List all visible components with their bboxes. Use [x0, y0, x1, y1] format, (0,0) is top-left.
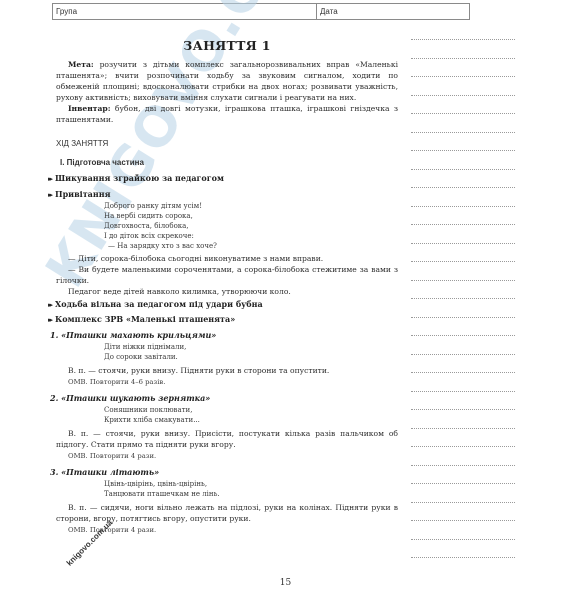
- greeting-poem: Доброго ранку дітям усім! На вербі сидит…: [56, 201, 398, 251]
- exercise-poem: Соняшники поклювати, Крихти хліба смакув…: [56, 405, 398, 425]
- bullet-walking: ▸▸Ходьба вільна за педагогом під удари б…: [48, 299, 398, 309]
- exercise-1: 1. «Пташки махають крильцями» Діти ніжки…: [56, 330, 398, 386]
- poem-line: Цвінь-цвірінь, цвінь-цвірінь,: [104, 479, 398, 489]
- poem-line: Соняшники поклювати,: [104, 405, 398, 415]
- note-line: [411, 298, 515, 299]
- double-arrow-icon: ▸▸: [48, 190, 51, 199]
- note-line: [411, 409, 515, 410]
- poem-line: Діти ніжки піднімали,: [104, 342, 398, 352]
- note-line: [411, 428, 515, 429]
- note-line: [411, 520, 515, 521]
- note-line: [411, 169, 515, 170]
- goal-text: розучити з дітьми комплекс загальнорозви…: [56, 60, 398, 102]
- bullet-greeting: ▸▸Привітання: [48, 189, 398, 199]
- note-line: [411, 206, 515, 207]
- exercise-description: В. п. — стоячи, руки внизу. Підняти руки…: [56, 365, 398, 376]
- exercise-title: 3. «Пташки літають»: [50, 467, 398, 477]
- notes-column: [411, 0, 515, 600]
- note-line: [411, 150, 515, 151]
- note-line: [411, 465, 515, 466]
- page-title: ЗАНЯТТЯ 1: [56, 38, 398, 53]
- note-line: [411, 446, 515, 447]
- header-table: Група Дата: [52, 3, 470, 20]
- exercise-2: 2. «Пташки шукають зернятка» Соняшники п…: [56, 393, 398, 460]
- page-number: 15: [0, 578, 571, 588]
- note-line: [411, 76, 515, 77]
- note-line: [411, 39, 515, 40]
- note-line: [411, 280, 515, 281]
- note-line: [411, 335, 515, 336]
- note-line: [411, 58, 515, 59]
- dialogue-line: Педагог веде дітей навколо килимка, утво…: [56, 286, 398, 297]
- note-line: [411, 483, 515, 484]
- poem-line: — На зарядку хто з вас хоче?: [104, 241, 398, 251]
- bullet-formation: ▸▸Шикування зграйкою за педагогом: [48, 173, 398, 183]
- poem-line: Доброго ранку дітям усім!: [104, 201, 398, 211]
- exercise-poem: Діти ніжки піднімали, До сороки завітали…: [56, 342, 398, 362]
- exercise-poem: Цвінь-цвірінь, цвінь-цвірінь, Танцювати …: [56, 479, 398, 499]
- exercise-omv: ОМВ. Повторити 4–6 разів.: [56, 378, 398, 386]
- note-line: [411, 391, 515, 392]
- note-line: [411, 354, 515, 355]
- dialogue-line: — Ви будете маленькими сороченятами, а с…: [56, 264, 398, 286]
- inventory-paragraph: Інвентар: бубон, дві довгі мотузки, ігра…: [56, 103, 398, 125]
- exercise-omv: ОМВ. Повторити 4 рази.: [56, 452, 398, 460]
- exercise-title: 1. «Пташки махають крильцями»: [50, 330, 398, 340]
- double-arrow-icon: ▸▸: [48, 300, 51, 309]
- note-line: [411, 557, 515, 558]
- poem-line: Довгохвоста, білобока,: [104, 221, 398, 231]
- part-heading: І. Підготовча частина: [56, 158, 398, 167]
- poem-line: На вербі сидить сорока,: [104, 211, 398, 221]
- note-line: [411, 261, 515, 262]
- poem-line: До сороки завітали.: [104, 352, 398, 362]
- course-heading: ХІД ЗАНЯТТЯ: [56, 139, 398, 148]
- dialogue-line: — Діти, сорока-білобока сьогодні виконув…: [56, 253, 398, 264]
- note-line: [411, 317, 515, 318]
- note-line: [411, 224, 515, 225]
- double-arrow-icon: ▸▸: [48, 174, 51, 183]
- inventory-label: Інвентар:: [68, 104, 111, 113]
- note-line: [411, 113, 515, 114]
- note-line: [411, 243, 515, 244]
- date-label: Дата: [320, 7, 338, 16]
- poem-line: Крихти хліба смакувати...: [104, 415, 398, 425]
- double-arrow-icon: ▸▸: [48, 315, 51, 324]
- note-line: [411, 502, 515, 503]
- goal-paragraph: Мета: розучити з дітьми комплекс загальн…: [56, 59, 398, 103]
- note-line: [411, 539, 515, 540]
- exercise-title: 2. «Пташки шукають зернятка»: [50, 393, 398, 403]
- note-line: [411, 132, 515, 133]
- group-field: Група: [53, 4, 317, 19]
- group-label: Група: [56, 7, 77, 16]
- lesson-content: ЗАНЯТТЯ 1 Мета: розучити з дітьми компле…: [56, 38, 398, 534]
- note-line: [411, 187, 515, 188]
- note-line: [411, 372, 515, 373]
- poem-line: Танцювати пташечкам не лінь.: [104, 489, 398, 499]
- exercise-description: В. п. — стоячи, руки внизу. Присісти, по…: [56, 428, 398, 450]
- bullet-complex: ▸▸Комплекс ЗРВ «Маленькі пташенята»: [48, 314, 398, 324]
- note-line: [411, 95, 515, 96]
- goal-label: Мета:: [68, 60, 94, 69]
- poem-line: І до діток всіх скрекоче:: [104, 231, 398, 241]
